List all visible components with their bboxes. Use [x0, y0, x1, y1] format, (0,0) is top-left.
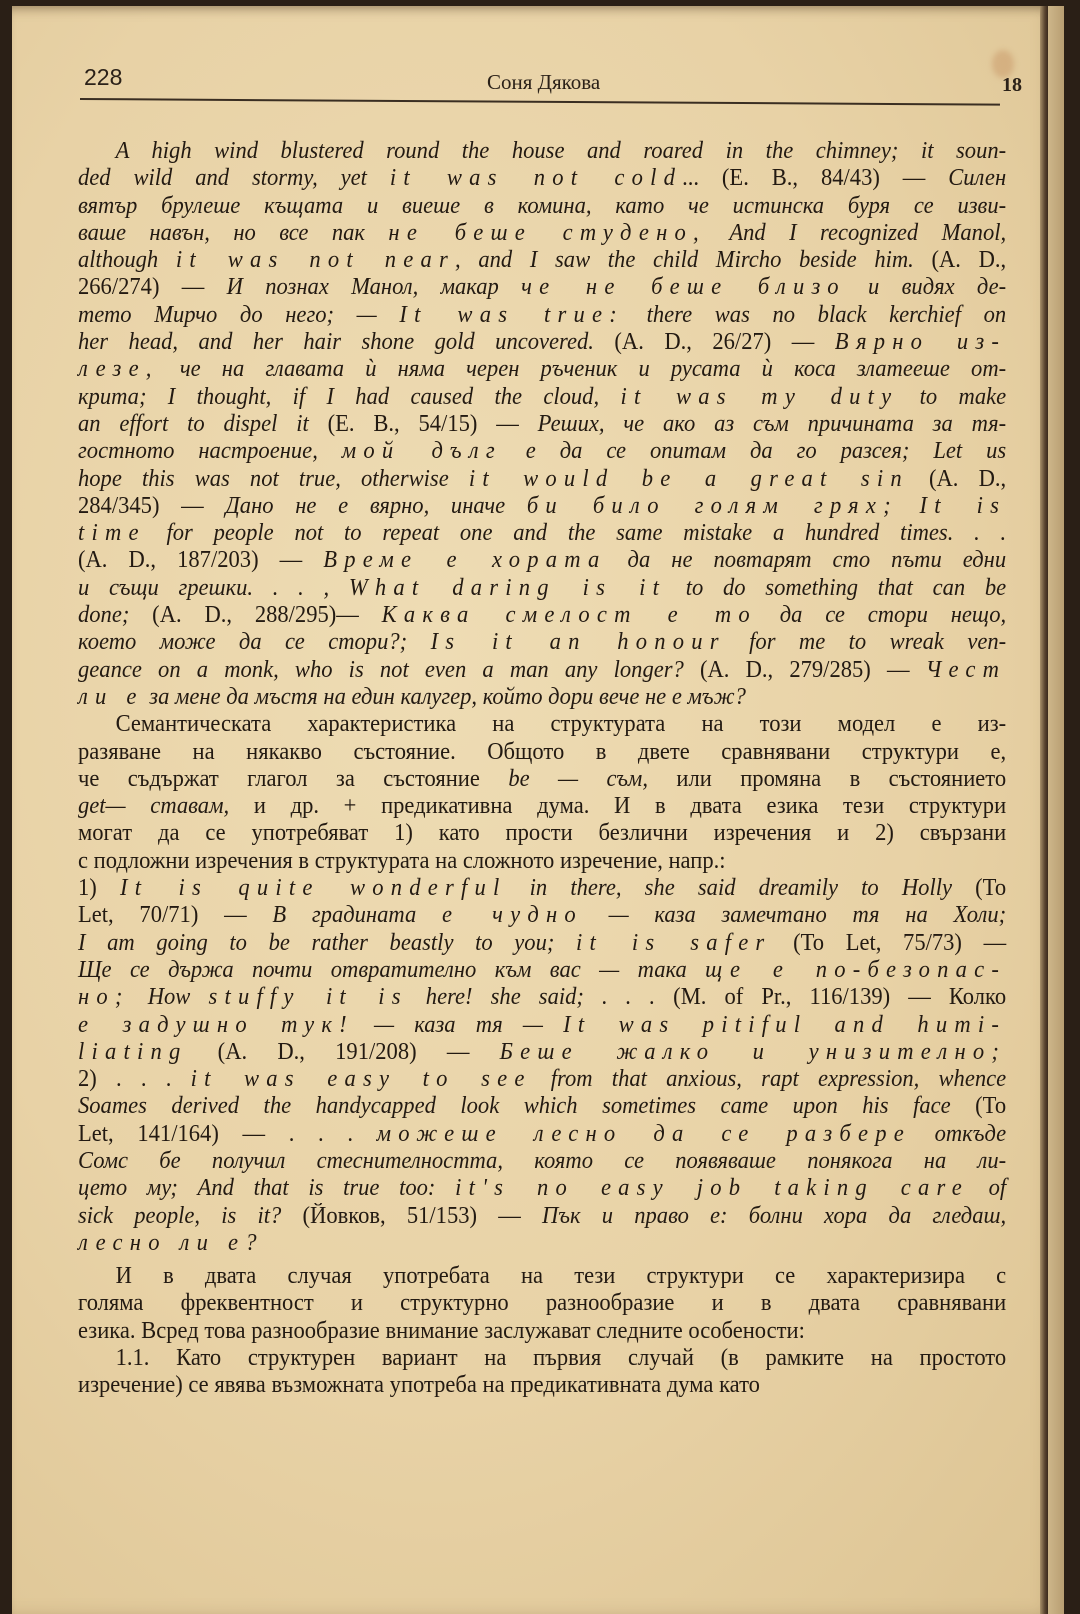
spaced-emphasis: ли е — [78, 684, 144, 710]
italic-text: е да се опитам да го разсея; Let us — [502, 438, 1006, 464]
roman-text: 1.1. Като структурен вариант на първия с… — [116, 1345, 1007, 1371]
text-line: Let, 70/71) — В градината е чудно — каза… — [78, 902, 1006, 929]
italic-text: although — [78, 247, 176, 273]
roman-text: Семантическата характеристика на структу… — [116, 711, 1007, 737]
book-spine-shadow — [1040, 6, 1048, 1614]
spaced-emphasis: it was my duty — [620, 384, 898, 410]
spaced-emphasis: е чудно — [442, 902, 583, 928]
italic-text: done; — [78, 602, 152, 628]
italic-text: — каза замечтано тя на Холи; — [583, 902, 1006, 928]
text-line: although it was not near, and I saw the … — [78, 247, 1006, 274]
text-line: гостното настроение, мой дълг е да се оп… — [78, 438, 1006, 465]
italic-text: Силен — [948, 165, 1006, 191]
paragraph-semantic-characteristic: Семантическата характеристика на структу… — [78, 711, 1006, 875]
spaced-emphasis: It was pitiful and humi- — [563, 1012, 1006, 1038]
spaced-emphasis: What daring is it — [349, 575, 666, 601]
spaced-emphasis: It is quite wonderful — [120, 875, 507, 901]
italic-text: for me to wreak ven- — [726, 629, 1006, 655]
text-line: 2) . . . it was easy to see from that an… — [78, 1066, 1006, 1093]
italic-text: in there, she said dreamily to Holly — [506, 875, 975, 901]
italic-text: гостното настроение, — [78, 438, 342, 464]
spaced-emphasis: Каква смелост е то — [382, 602, 757, 628]
roman-text: 1) — [78, 875, 120, 901]
roman-text: че съдържат глагол за състояние — [78, 766, 508, 792]
italic-text: и видях де- — [846, 274, 1006, 300]
italic-text: В градината — [272, 902, 442, 928]
italic-text: And I recognized Manol, — [706, 220, 1006, 246]
roman-text: изречение) се явява възможната употреба … — [78, 1372, 760, 1398]
spaced-emphasis: Време е хората — [323, 547, 606, 573]
text-line: 266/274) — И познах Манол, макар че не б… — [78, 274, 1006, 301]
spaced-emphasis: лезе, — [78, 356, 159, 382]
spaced-emphasis: Беше жалко и унизително; — [500, 1039, 1007, 1065]
spaced-emphasis: it was not near — [176, 247, 455, 273]
text-line: тето Мирчо до него; — It was true: there… — [78, 302, 1006, 329]
text-line: лезе, че на главата ѝ няма черен ръченик… — [78, 356, 1006, 383]
spaced-emphasis: Вярно из- — [835, 329, 1006, 355]
italic-text: get— ставам, — [78, 793, 229, 819]
italic-text: How — [130, 984, 209, 1010]
italic-text: откъде — [911, 1121, 1006, 1147]
italic-text: тето Мирчо до него; — — [78, 302, 399, 328]
text-line: I am going to be rather beastly to you; … — [78, 930, 1006, 957]
text-line: Ще се държа почти отвратително към вас —… — [78, 957, 1006, 984]
text-line: Семантическата характеристика на структу… — [78, 711, 1006, 738]
paragraph-frequency: И в двата случая употребата на тези стру… — [78, 1263, 1006, 1345]
italic-text: A high wind blustered round the house an… — [116, 138, 1007, 164]
text-line: и същи грешки. . . , What daring is it t… — [78, 575, 1006, 602]
italic-text: Ще се държа почти отвратително към вас —… — [78, 957, 705, 983]
text-line: което може да се стори?; Is it an honour… — [78, 629, 1006, 656]
roman-text: (A. D., 279/285) — — [700, 657, 926, 683]
roman-text: Let, 141/164) — . . . — [78, 1121, 377, 1147]
text-line: A high wind blustered round the house an… — [78, 138, 1006, 165]
spaced-emphasis: It is — [920, 493, 1007, 519]
spaced-emphasis: лесно ли е? — [78, 1230, 264, 1256]
text-line: Let, 141/164) — . . . можеше лесно да се… — [78, 1121, 1006, 1148]
text-line: 1) It is quite wonderful in there, she s… — [78, 875, 1006, 902]
spaced-emphasis: It was true: — [399, 302, 624, 328]
running-header: 228 Соня Дякова 18 — [72, 58, 1022, 98]
roman-text: с подложни изречения в структурата на сл… — [78, 848, 726, 874]
italic-text: Пък и право е: болни хора да гледаш, — [542, 1203, 1006, 1229]
spaced-emphasis: time — [78, 520, 146, 546]
spaced-emphasis: stuffy it is — [208, 984, 407, 1010]
roman-text: могат да се употребяват 1) като прости б… — [78, 820, 1006, 846]
italic-text: an effort to dispel it — [78, 411, 328, 437]
spaced-emphasis: е задушно тук! — [78, 1012, 354, 1038]
text-line: an effort to dispel it (E. B., 54/15) — … — [78, 411, 1006, 438]
roman-text: (To — [975, 875, 1006, 901]
roman-text: И в двата случая употребата на тези стру… — [116, 1263, 1007, 1289]
roman-text: (E. B., 54/15) — — [328, 411, 538, 437]
italic-text: sick people, is it? — [78, 1203, 303, 1229]
text-line: time for people not to repeat one and th… — [78, 520, 1006, 547]
text-line: hope this was not true, otherwise it wou… — [78, 466, 1006, 493]
roman-text: (To — [975, 1093, 1006, 1119]
roman-text: 284/345) — — [78, 493, 225, 519]
roman-text: Let, 70/71) — — [78, 902, 272, 928]
spaced-emphasis: Чест — [926, 657, 1006, 683]
running-title: Соня Дякова — [487, 70, 600, 95]
text-line: her head, and her hair shone gold uncove… — [78, 329, 1006, 356]
spaced-emphasis: it's no easy job taking care — [455, 1175, 969, 1201]
spaced-emphasis: Is it an honour — [431, 629, 726, 655]
text-line: 284/345) — Дано не е вярно, иначе би бил… — [78, 493, 1006, 520]
page-body: A high wind blustered round the house an… — [78, 138, 1006, 1400]
italic-text: Дано не е вярно, иначе — [225, 493, 526, 519]
spaced-emphasis: можеше лесно да се разбере — [377, 1121, 911, 1147]
text-line: ваше навън, но все пак не беше студено, … — [78, 220, 1006, 247]
roman-text: (A. D., — [909, 466, 1006, 492]
italic-text: Soames derived the handycapped look whic… — [78, 1093, 975, 1119]
italic-text: geance on a monk, who is not even a man … — [78, 657, 700, 683]
italic-text: for people not to repeat one and the sam… — [146, 520, 1006, 546]
roman-text: (A. D., 187/203) — — [78, 547, 323, 573]
italic-text: да се стори нещо, — [757, 602, 1006, 628]
italic-text: за мене да мъстя на един калугер, който … — [144, 684, 746, 710]
italic-text: да не повтарят сто пъти едни — [606, 547, 1006, 573]
italic-text: ded wild and stormy, yet — [78, 165, 390, 191]
roman-text: и др. + предикативна дума. И в двата ези… — [229, 793, 1006, 819]
spaced-emphasis: it was not cold — [390, 165, 682, 191]
italic-text: Сомс бе получил стеснителността, която с… — [78, 1148, 1006, 1174]
italic-text: to do something that can be — [666, 575, 1006, 601]
italic-text: , and I saw the child Mircho beside him. — [455, 247, 931, 273]
example-block-2: 1) It is quite wonderful in there, she s… — [78, 875, 1006, 1257]
italic-text: ваше навън, но все пак — [78, 220, 388, 246]
italic-text: there was no black kerchief on — [624, 302, 1006, 328]
italic-text: — каза тя — — [354, 1012, 563, 1038]
spaced-emphasis: it was easy to see — [191, 1066, 532, 1092]
text-line: И в двата случая употребата на тези стру… — [78, 1263, 1006, 1290]
roman-text: ... (E. B., 84/43) — — [682, 165, 948, 191]
roman-text: езика. Всред това разнообразие внимание … — [78, 1318, 805, 1344]
text-line: 1.1. Като структурен вариант на първия с… — [78, 1345, 1006, 1372]
text-line: Сомс бе получил стеснителността, която с… — [78, 1148, 1006, 1175]
spaced-emphasis: ще е по-безопас- — [705, 957, 1006, 983]
italic-text: което може да се стори?; — [78, 629, 431, 655]
roman-text: или промяна в състоянието — [648, 766, 1006, 792]
italic-text: и същи грешки. . . , — [78, 575, 349, 601]
text-line: вятър брулеше къщата и виеше в комина, к… — [78, 193, 1006, 220]
spaced-emphasis: liating — [78, 1039, 187, 1065]
spaced-emphasis: че не беше близо — [521, 274, 846, 300]
text-line: изречение) се явява възможната употреба … — [78, 1372, 1006, 1399]
italic-text: че на главата ѝ няма черен ръченик и рус… — [159, 356, 1006, 382]
roman-text: голяма фреквентност и структурно разнооб… — [78, 1290, 1006, 1316]
roman-text: (M. of Pr., 116/139) — Колко — [673, 984, 1006, 1010]
text-line: done; (A. D., 288/295)— Каква смелост е … — [78, 602, 1006, 629]
text-line: liating (A. D., 191/208) — Беше жалко и … — [78, 1039, 1006, 1066]
spaced-emphasis: it would be a great sin — [469, 466, 909, 492]
spaced-emphasis: не беше студено, — [388, 220, 705, 246]
italic-text: I am going to be rather beastly to you; — [78, 930, 576, 956]
text-line: get— ставам, и др. + предикативна дума. … — [78, 793, 1006, 820]
text-line: разяване на някакво състояние. Общото в … — [78, 739, 1006, 766]
text-line: (A. D., 187/203) — Време е хората да не … — [78, 547, 1006, 574]
italic-text: И познах Манол, макар — [227, 274, 521, 300]
text-line: е задушно тук! — каза тя — It was pitifu… — [78, 1012, 1006, 1039]
spaced-emphasis: мой дълг — [342, 438, 502, 464]
roman-text: (A. D., 26/27) — — [614, 329, 834, 355]
italic-text — [898, 493, 920, 519]
text-line: лесно ли е? — [78, 1230, 1006, 1257]
text-line: ded wild and stormy, yet it was not cold… — [78, 165, 1006, 192]
text-line: sick people, is it? (Йовков, 51/153) — П… — [78, 1203, 1006, 1230]
spaced-emphasis: би било голям грях; — [527, 493, 898, 519]
italic-text: цето му; And that is true too: — [78, 1175, 455, 1201]
italic-text: from that anxious, rapt expression, when… — [532, 1066, 1007, 1092]
italic-text: to make — [898, 384, 1006, 410]
roman-text: (A. D., — [931, 247, 1006, 273]
text-line: голяма фреквентност и структурно разнооб… — [78, 1290, 1006, 1317]
italic-text: Реших, че ако аз съм причината за тя- — [538, 411, 1007, 437]
page-number-right: 18 — [1002, 74, 1022, 97]
text-line: че съдържат глагол за състояние be — съм… — [78, 766, 1006, 793]
text-line: Soames derived the handycapped look whic… — [78, 1093, 1006, 1120]
italic-text: her head, and her hair shone gold uncove… — [78, 329, 614, 355]
roman-text: (A. D., 288/295)— — [152, 602, 381, 628]
roman-text: (A. D., 191/208) — — [187, 1039, 499, 1065]
roman-text: 266/274) — — [78, 274, 227, 300]
spaced-emphasis: но; — [78, 984, 130, 1010]
roman-text: (Йовков, 51/153) — — [303, 1203, 542, 1229]
italic-text: вятър брулеше къщата и виеше в комина, к… — [78, 193, 1006, 219]
roman-text: (To Let, 75/73) — — [771, 930, 1006, 956]
italic-text: hope this was not true, otherwise — [78, 466, 469, 492]
text-line: ли е за мене да мъстя на един калугер, к… — [78, 684, 1006, 711]
page-number-left: 228 — [84, 64, 122, 91]
text-line: могат да се употребяват 1) като прости б… — [78, 820, 1006, 847]
italic-text: here! she said; . . . — [408, 984, 673, 1010]
spaced-emphasis: it is safer — [576, 930, 771, 956]
text-line: крита; I thought, if I had caused the cl… — [78, 384, 1006, 411]
example-block-1: A high wind blustered round the house an… — [78, 138, 1006, 711]
text-line: езика. Всред това разнообразие внимание … — [78, 1318, 1006, 1345]
page-edge — [1048, 6, 1064, 1614]
paragraph-section-1-1: 1.1. Като структурен вариант на първия с… — [78, 1345, 1006, 1400]
text-line: geance on a monk, who is not even a man … — [78, 657, 1006, 684]
text-line: но; How stuffy it is here! she said; . .… — [78, 984, 1006, 1011]
roman-text: разяване на някакво състояние. Общото в … — [78, 739, 1006, 765]
italic-text: be — съм, — [508, 766, 648, 792]
text-line: с подложни изречения в структурата на сл… — [78, 848, 1006, 875]
italic-text: of — [969, 1175, 1006, 1201]
italic-text: крита; I thought, if I had caused the cl… — [78, 384, 620, 410]
text-line: цето му; And that is true too: it's no e… — [78, 1175, 1006, 1202]
roman-text: 2) . . . — [78, 1066, 191, 1092]
